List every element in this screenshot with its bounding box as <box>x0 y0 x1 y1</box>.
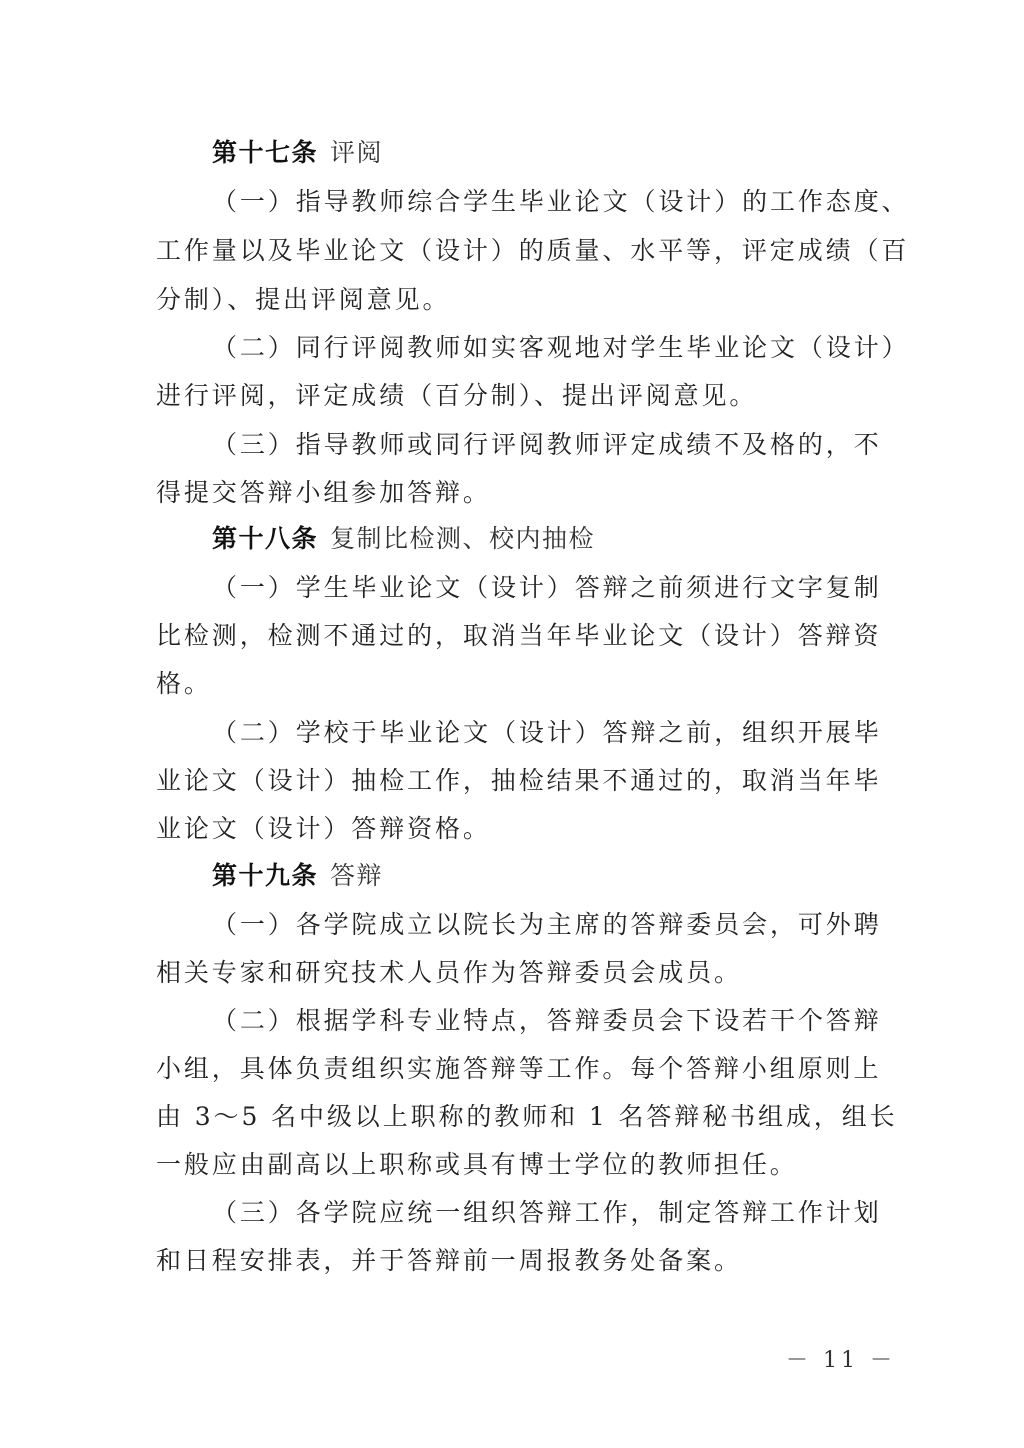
paragraph-line: （二）同行评阅教师如实客观地对学生毕业论文（设计） <box>212 333 868 363</box>
paragraph-line: 分制）、提出评阅意见。 <box>156 285 868 315</box>
paragraph-line: 和日程安排表，并于答辩前一周报教务处备案。 <box>156 1246 868 1276</box>
paragraph-line: （二）根据学科专业特点，答辩委员会下设若干个答辩 <box>212 1006 868 1036</box>
paragraph-line: 得提交答辩小组参加答辩。 <box>156 478 868 508</box>
paragraph-line: 业论文（设计）答辩资格。 <box>156 814 868 844</box>
paragraph-line: （一）指导教师综合学生毕业论文（设计）的工作态度、 <box>212 187 868 217</box>
paragraph-line: （二）学校于毕业论文（设计）答辩之前，组织开展毕 <box>212 718 868 748</box>
article-title: 复制比检测、校内抽检 <box>330 524 595 553</box>
article-title: 答辩 <box>330 861 383 890</box>
article-number: 第十七条 <box>212 138 318 167</box>
article-18-heading: 第十八条复制比检测、校内抽检 <box>212 524 595 554</box>
paragraph-line: 工作量以及毕业论文（设计）的质量、水平等，评定成绩（百 <box>156 236 868 266</box>
article-number: 第十八条 <box>212 524 318 553</box>
paragraph-line: （三）指导教师或同行评阅教师评定成绩不及格的，不 <box>212 430 868 460</box>
paragraph-line: 小组，具体负责组织实施答辩等工作。每个答辩小组原则上 <box>156 1054 868 1084</box>
article-title: 评阅 <box>330 138 383 167</box>
document-page: 第十七条评阅 （一）指导教师综合学生毕业论文（设计）的工作态度、 工作量以及毕业… <box>0 0 1024 1448</box>
paragraph-line: 一般应由副高以上职称或具有博士学位的教师担任。 <box>156 1150 868 1180</box>
paragraph-line: 相关专家和研究技术人员作为答辩委员会成员。 <box>156 958 868 988</box>
paragraph-line: 进行评阅，评定成绩（百分制）、提出评阅意见。 <box>156 381 868 411</box>
article-17-heading: 第十七条评阅 <box>212 138 383 168</box>
article-number: 第十九条 <box>212 861 318 890</box>
page-number: － 11 － <box>786 1348 896 1374</box>
paragraph-line: 比检测，检测不通过的，取消当年毕业论文（设计）答辩资 <box>156 621 868 651</box>
paragraph-line: （三）各学院应统一组织答辩工作，制定答辩工作计划 <box>212 1198 868 1228</box>
paragraph-line: （一）学生毕业论文（设计）答辩之前须进行文字复制 <box>212 573 868 603</box>
paragraph-line: 格。 <box>156 669 868 699</box>
paragraph-line: 业论文（设计）抽检工作，抽检结果不通过的，取消当年毕 <box>156 766 868 796</box>
paragraph-line: （一）各学院成立以院长为主席的答辩委员会，可外聘 <box>212 910 868 940</box>
article-19-heading: 第十九条答辩 <box>212 861 383 891</box>
paragraph-line: 由 3～5 名中级以上职称的教师和 1 名答辩秘书组成，组长 <box>156 1102 868 1132</box>
